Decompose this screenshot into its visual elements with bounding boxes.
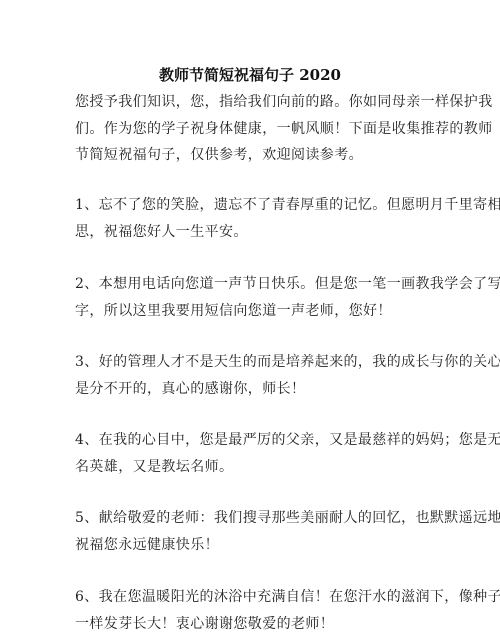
text-line: 字，所以这里我要用短信向您道一声老师，您好！ xyxy=(75,298,420,325)
text-line: 们。作为您的学子祝身体健康，一帆风顺！下面是收集推荐的教师 xyxy=(75,116,420,143)
text-line: 一样发芽长大！衷心谢谢您敬爱的老师！ xyxy=(75,611,420,636)
text-line: 思，祝福您好人一生平安。 xyxy=(75,219,420,246)
text-line: 3、好的管理人才不是天生的而是培养起来的，我的成长与你的关心 xyxy=(75,349,420,376)
text-line: 是分不开的，真心的感谢你，师长！ xyxy=(75,376,420,403)
text-line: 节简短祝福句子，仅供参考，欢迎阅读参考。 xyxy=(75,142,420,169)
list-item: 6、我在您温暖阳光的沐浴中充满自信！在您汗水的滋润下，像种子 一样发芽长大！衷心… xyxy=(75,584,420,636)
text-line: 4、在我的心目中，您是最严厉的父亲，又是最慈祥的妈妈；您是无 xyxy=(75,427,420,454)
text-line: 5、献给敬爱的老师：我们搜寻那些美丽耐人的回忆，也默默遥远地 xyxy=(75,505,420,532)
list-item: 1、忘不了您的笑脸，遗忘不了青春厚重的记忆。但愿明月千里寄相 思，祝福您好人一生… xyxy=(75,192,420,245)
intro-paragraph: 您授予我们知识，您，指给我们向前的路。你如同母亲一样保护我 们。作为您的学子祝身… xyxy=(75,89,420,169)
text-line: 名英雄，又是教坛名师。 xyxy=(75,454,420,481)
text-line: 您授予我们知识，您，指给我们向前的路。你如同母亲一样保护我 xyxy=(75,89,420,116)
list-item: 5、献给敬爱的老师：我们搜寻那些美丽耐人的回忆，也默默遥远地 祝福您永远健康快乐… xyxy=(75,505,420,558)
text-line: 6、我在您温暖阳光的沐浴中充满自信！在您汗水的滋润下，像种子 xyxy=(75,584,420,611)
document-title: 教师节简短祝福句子 2020 xyxy=(0,64,500,86)
text-line: 2、本想用电话向您道一声节日快乐。但是您一笔一画教我学会了写 xyxy=(75,271,420,298)
text-line: 祝福您永远健康快乐！ xyxy=(75,532,420,559)
document-page: 教师节简短祝福句子 2020 您授予我们知识，您，指给我们向前的路。你如同母亲一… xyxy=(0,0,500,636)
list-item: 4、在我的心目中，您是最严厉的父亲，又是最慈祥的妈妈；您是无 名英雄，又是教坛名… xyxy=(75,427,420,480)
list-item: 2、本想用电话向您道一声节日快乐。但是您一笔一画教我学会了写 字，所以这里我要用… xyxy=(75,271,420,324)
text-line: 1、忘不了您的笑脸，遗忘不了青春厚重的记忆。但愿明月千里寄相 xyxy=(75,192,420,219)
list-item: 3、好的管理人才不是天生的而是培养起来的，我的成长与你的关心 是分不开的，真心的… xyxy=(75,349,420,402)
